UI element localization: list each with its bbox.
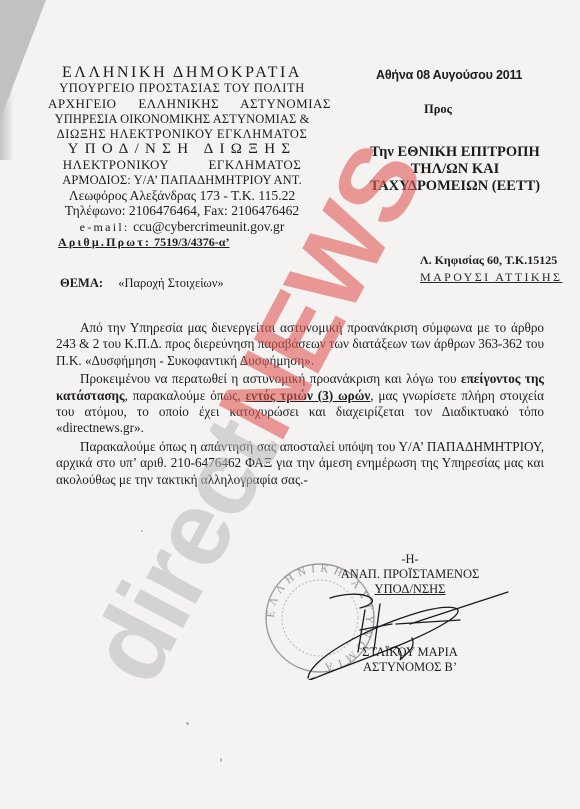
recipient-city: ΜΑΡΟΥΣΙ ΑΤΤΙΚΗΣ — [420, 270, 562, 285]
protocol-label: Αριθμ.Πρωτ: — [58, 235, 151, 249]
sender-country: ΕΛΛΗΝΙΚΗ ΔΗΜΟΚΡΑΤΙΑ — [48, 64, 316, 81]
scan-speck — [186, 722, 189, 725]
email-label: e-mail: — [80, 220, 130, 234]
scan-speck — [141, 530, 143, 532]
sender-letterhead: ΕΛΛΗΝΙΚΗ ΔΗΜΟΚΡΑΤΙΑ ΥΠΟΥΡΓΕΙΟ ΠΡΟΣΤΑΣΙΑΣ… — [48, 64, 316, 250]
recipient-line1: Την ΕΘΝΙΚΗ ΕΠΙΤΡΟΠΗ — [330, 144, 580, 161]
body-paragraph-2: Προκειμένου να περατωθεί η αστυνομική πρ… — [56, 371, 544, 437]
scanned-letter: ΕΛΛΗΝΙΚΗ ΔΗΜΟΚΡΑΤΙΑ ΥΠΟΥΡΓΕΙΟ ΠΡΟΣΤΑΣΙΑΣ… — [0, 0, 580, 809]
protocol-number: 7519/3/4376-α’ — [154, 235, 229, 249]
sender-responsible: ΑΡΜΟΔΙΟΣ: Υ/Α’ ΠΑΠΑΔΗΜΗΤΡΙΟΥ ΑΝΤ. — [48, 173, 316, 188]
body-p2-deadline: εντός τριών (3) ωρών — [246, 388, 371, 403]
recipient-line3: ΤΑΧΥΔΡΟΜΕΙΩΝ (ΕΕΤΤ) — [330, 178, 580, 195]
body-paragraph-1: Από την Υπηρεσία μας διενεργείται αστυνο… — [56, 320, 544, 369]
subject-label: ΘΕΜΑ: — [60, 276, 103, 290]
body-paragraph-3: Παρακαλούμε όπως η απάντησή σας αποσταλε… — [56, 439, 544, 488]
sender-subdivision-line1: ΥΠΟΔ/ΝΣΗ ΔΙΩΞΗΣ — [48, 142, 316, 157]
sender-service-line1: ΥΠΗΡΕΣΙΑ ΟΙΚΟΝΟΜΙΚΗΣ ΑΣΤΥΝΟΜΙΑΣ & — [48, 112, 316, 127]
subject-text: «Παροχή Στοιχείων» — [118, 276, 224, 290]
scan-edge-shadow — [0, 0, 14, 160]
protocol-number-line: Αριθμ.Πρωτ: 7519/3/4376-α’ — [48, 235, 316, 250]
body-p2-text-b: , παρακαλούμε όπως, — [125, 388, 246, 403]
sender-phone-fax: Τηλέφωνο: 2106476464, Fax: 2106476462 — [48, 203, 316, 218]
sender-address: Λεωφόρος Αλεξάνδρας 173 - Τ.Κ. 115.22 — [48, 188, 316, 203]
sender-subdivision-line2: ΗΛΕΚΤΡΟΝΙΚΟΥ ΕΓΚΛΗΜΑΤΟΣ — [48, 157, 316, 172]
subject-line: ΘΕΜΑ: «Παροχή Στοιχείων» — [60, 276, 224, 291]
signature-prefix: -Η- — [330, 552, 490, 567]
to-label: Προς — [424, 102, 452, 117]
recipient-line2: ΤΗΛ/ΩΝ ΚΑΙ — [330, 161, 580, 178]
body-p2-text-a: Προκειμένου να περατωθεί η αστυνομική πρ… — [80, 371, 461, 386]
sender-email-line: e-mail: ccu@cybercrimeunit.gov.gr — [48, 219, 316, 235]
scan-speck — [220, 758, 222, 762]
sender-ministry: ΥΠΟΥΡΓΕΙΟ ΠΡΟΣΤΑΣΙΑΣ ΤΟΥ ΠΟΛΙΤΗ — [48, 81, 316, 96]
sender-headquarters: ΑΡΧΗΓΕΙΟ ΕΛΛΗΝΙΚΗΣ ΑΣΤΥΝΟΜΙΑΣ — [48, 96, 316, 111]
recipient-address: Λ. Κηφισίας 60, Τ.Κ.15125 — [420, 253, 557, 268]
signature-title-line1: ΑΝΑΠ. ΠΡΟΪΣΤΑΜΕΝΟΣ — [330, 567, 490, 582]
recipient-name: Την ΕΘΝΙΚΗ ΕΠΙΤΡΟΠΗ ΤΗΛ/ΩΝ ΚΑΙ ΤΑΧΥΔΡΟΜΕ… — [330, 144, 580, 195]
sender-service-line2: ΔΙΩΞΗΣ ΗΛΕΚΤΡΟΝΙΚΟΥ ΕΓΚΛΗΜΑΤΟΣ — [48, 127, 316, 142]
email-address: ccu@cybercrimeunit.gov.gr — [133, 219, 284, 234]
handwritten-signature-icon — [300, 590, 510, 680]
letter-date: Αθήνα 08 Αυγούσου 2011 — [376, 68, 522, 82]
letter-body: Από την Υπηρεσία μας διενεργείται αστυνο… — [56, 320, 544, 490]
